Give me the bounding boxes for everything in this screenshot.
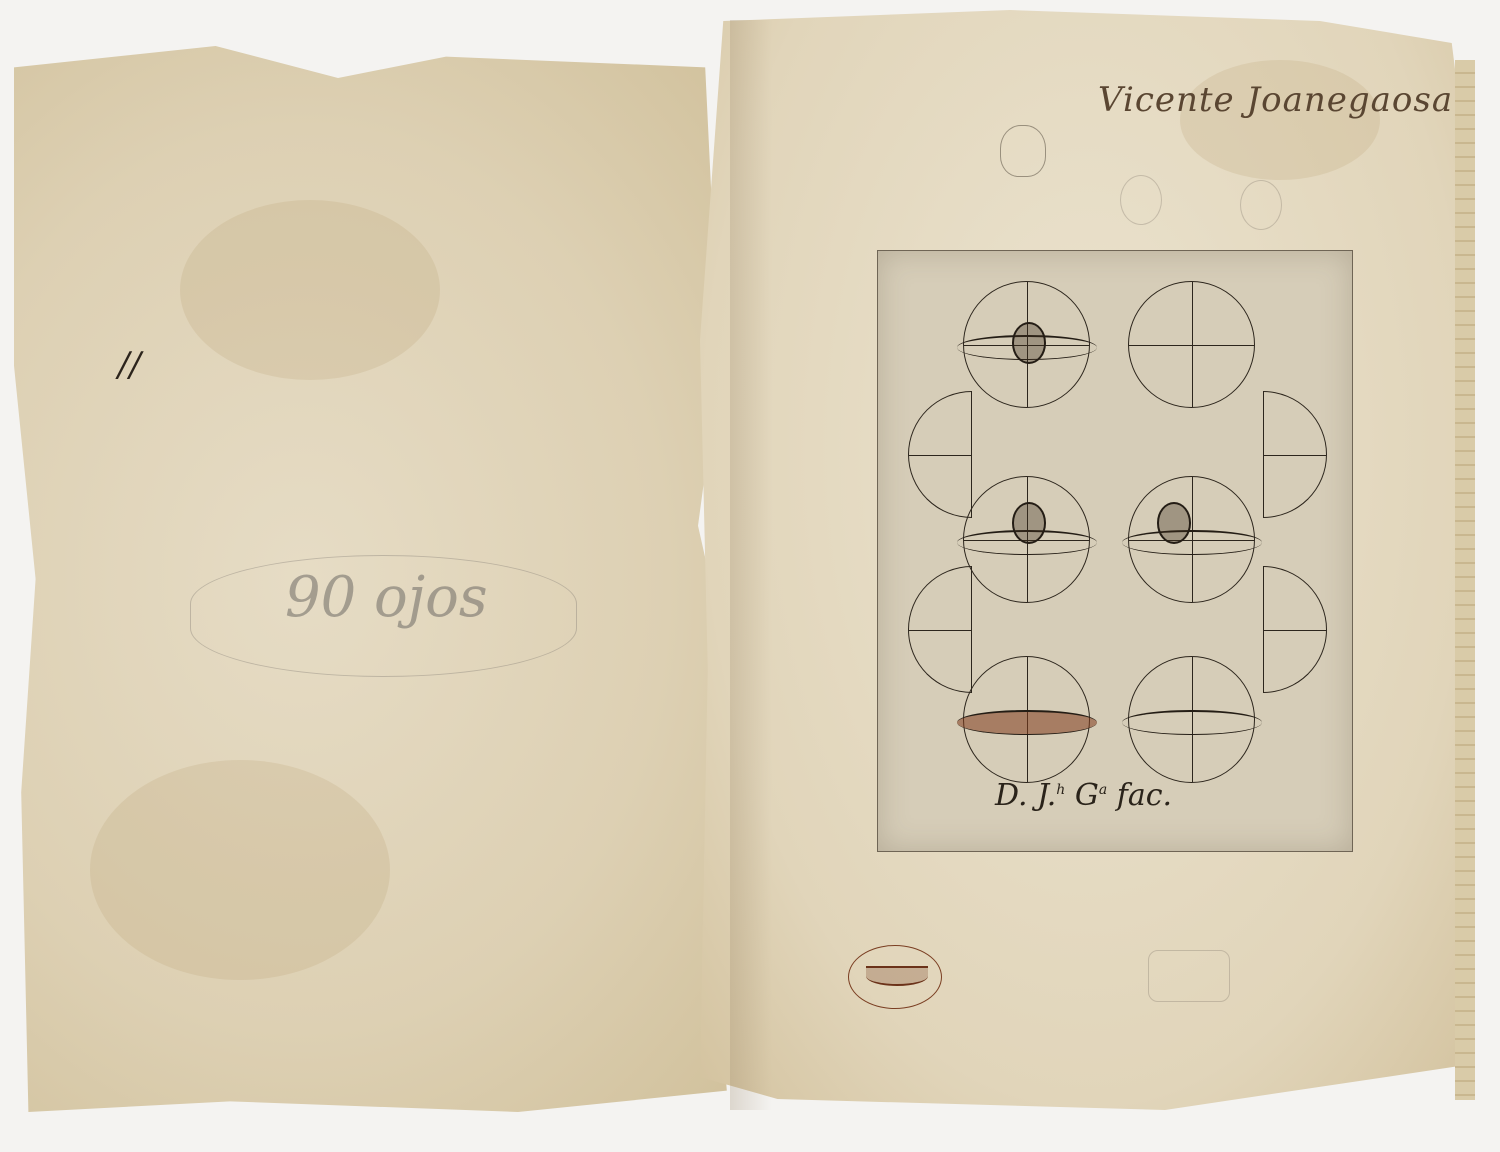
eye-profile-right bbox=[1263, 391, 1327, 518]
plate-signature: D. J.h Ga fac. bbox=[995, 778, 1172, 813]
eye-diagram-closed bbox=[1128, 656, 1255, 783]
faint-sketch-face bbox=[1120, 175, 1162, 225]
faint-sketch-face bbox=[1240, 180, 1282, 230]
open-sketchbook: // 90 ojos Vicente Joanegaosa D. J.h Ga bbox=[0, 0, 1500, 1152]
paper-stain bbox=[180, 200, 440, 380]
eye-diagram-looking bbox=[1128, 476, 1255, 603]
paper-stain bbox=[90, 760, 390, 980]
eye-diagram-front bbox=[963, 281, 1090, 408]
page-edges bbox=[1455, 60, 1475, 1100]
pencil-inscription: 90 ojos bbox=[285, 565, 488, 630]
faint-pencil-sketch bbox=[1148, 950, 1230, 1002]
sepia-eye-sketch bbox=[848, 945, 942, 1009]
engraved-plate bbox=[877, 250, 1353, 852]
eye-profile-left bbox=[908, 391, 972, 518]
handwritten-inscription: Vicente Joanegaosa bbox=[1098, 80, 1453, 120]
book-gutter bbox=[730, 20, 790, 1110]
sketch-head-icon bbox=[1000, 125, 1046, 177]
paper-stain bbox=[1180, 60, 1380, 180]
ink-mark: // bbox=[118, 345, 141, 385]
eye-profile-side-right bbox=[1263, 566, 1327, 693]
eye-diagram-closed-tinted bbox=[963, 656, 1090, 783]
eye-grid-diagram bbox=[1128, 281, 1255, 408]
eye-profile-closed-left bbox=[908, 566, 972, 693]
eye-diagram-open bbox=[963, 476, 1090, 603]
